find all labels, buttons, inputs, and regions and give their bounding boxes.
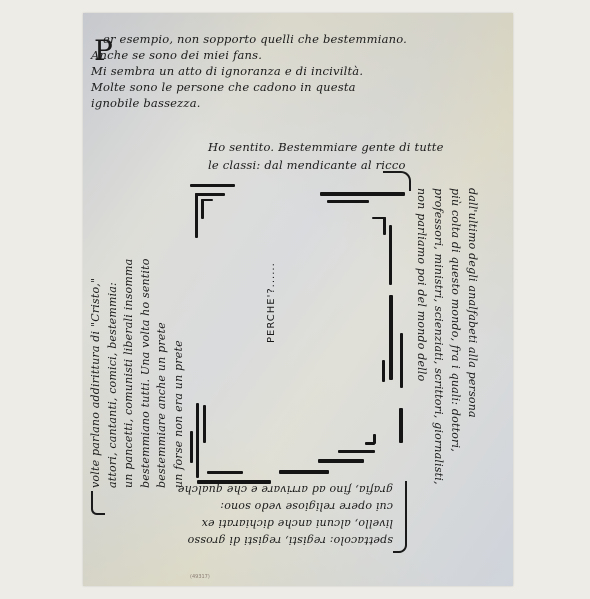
drop-cap-letter: P xyxy=(94,37,113,65)
arrow-up-left-icon xyxy=(91,491,105,515)
heard-paragraph: Ho sentito. Bestemmiare gente di tutte l… xyxy=(208,138,444,174)
left-line-4: bestemmiano tutti. Una volta ho sentito xyxy=(138,258,155,488)
heard-line-1: Ho sentito. Bestemmiare gente di tutte xyxy=(208,138,444,156)
right-column-text: dall'ultimo degli analfabeti alla person… xyxy=(413,188,481,485)
heard-line-2: le classi: dal mendicante al ricco xyxy=(208,156,444,174)
bottom-line-1: spettacolo: registi, registi di grosso xyxy=(93,532,393,549)
left-column-text: volte parlano addirittura di "Cristo," a… xyxy=(88,258,187,488)
center-question-text: PERCHE'?...... xyxy=(266,262,277,343)
artwork-sheet: P er esempio, non sopporto quelli che be… xyxy=(83,13,513,586)
right-line-1: dall'ultimo degli analfabeti alla person… xyxy=(464,188,481,485)
right-line-2: più colta di questo mondo, fra i quali: … xyxy=(447,188,464,485)
left-line-2: attori, cantanti, comici, bestemmia: xyxy=(105,258,122,488)
top-line-4: Molte sono le persone che cadono in ques… xyxy=(91,79,407,95)
left-line-5: bestemmiare anche un prete xyxy=(154,258,171,488)
left-line-1: volte parlano addirittura di "Cristo," xyxy=(88,258,105,488)
left-line-3: un pancetti, comunisti liberali insomma xyxy=(121,258,138,488)
top-line-2: Anche se sono dei miei fans. xyxy=(91,47,407,63)
bottom-line-3: cui opere religiose vedo sono: xyxy=(93,498,393,515)
left-line-6: un forse non era un prete xyxy=(171,258,188,488)
top-line-5: ignobile bassezza. xyxy=(91,95,407,111)
top-line-3: Mi sembra un atto di ignoranza e di inci… xyxy=(91,63,407,79)
arrow-down-right-icon xyxy=(383,171,411,191)
top-line-1: er esempio, non sopporto quelli che best… xyxy=(91,31,407,47)
top-paragraph: P er esempio, non sopporto quelli che be… xyxy=(91,31,407,111)
arrow-down-left-icon xyxy=(393,481,407,553)
right-line-3: professori, ministri, scienziati, scritt… xyxy=(430,188,447,485)
catalog-stamp: (49317) xyxy=(190,574,210,580)
right-line-4: non parliamo poi del mondo dello xyxy=(413,188,430,485)
bottom-inverted-text: spettacolo: registi, registi di grosso l… xyxy=(93,481,393,549)
bottom-line-2: livello, alcuni anche dichiarati ex xyxy=(93,515,393,532)
